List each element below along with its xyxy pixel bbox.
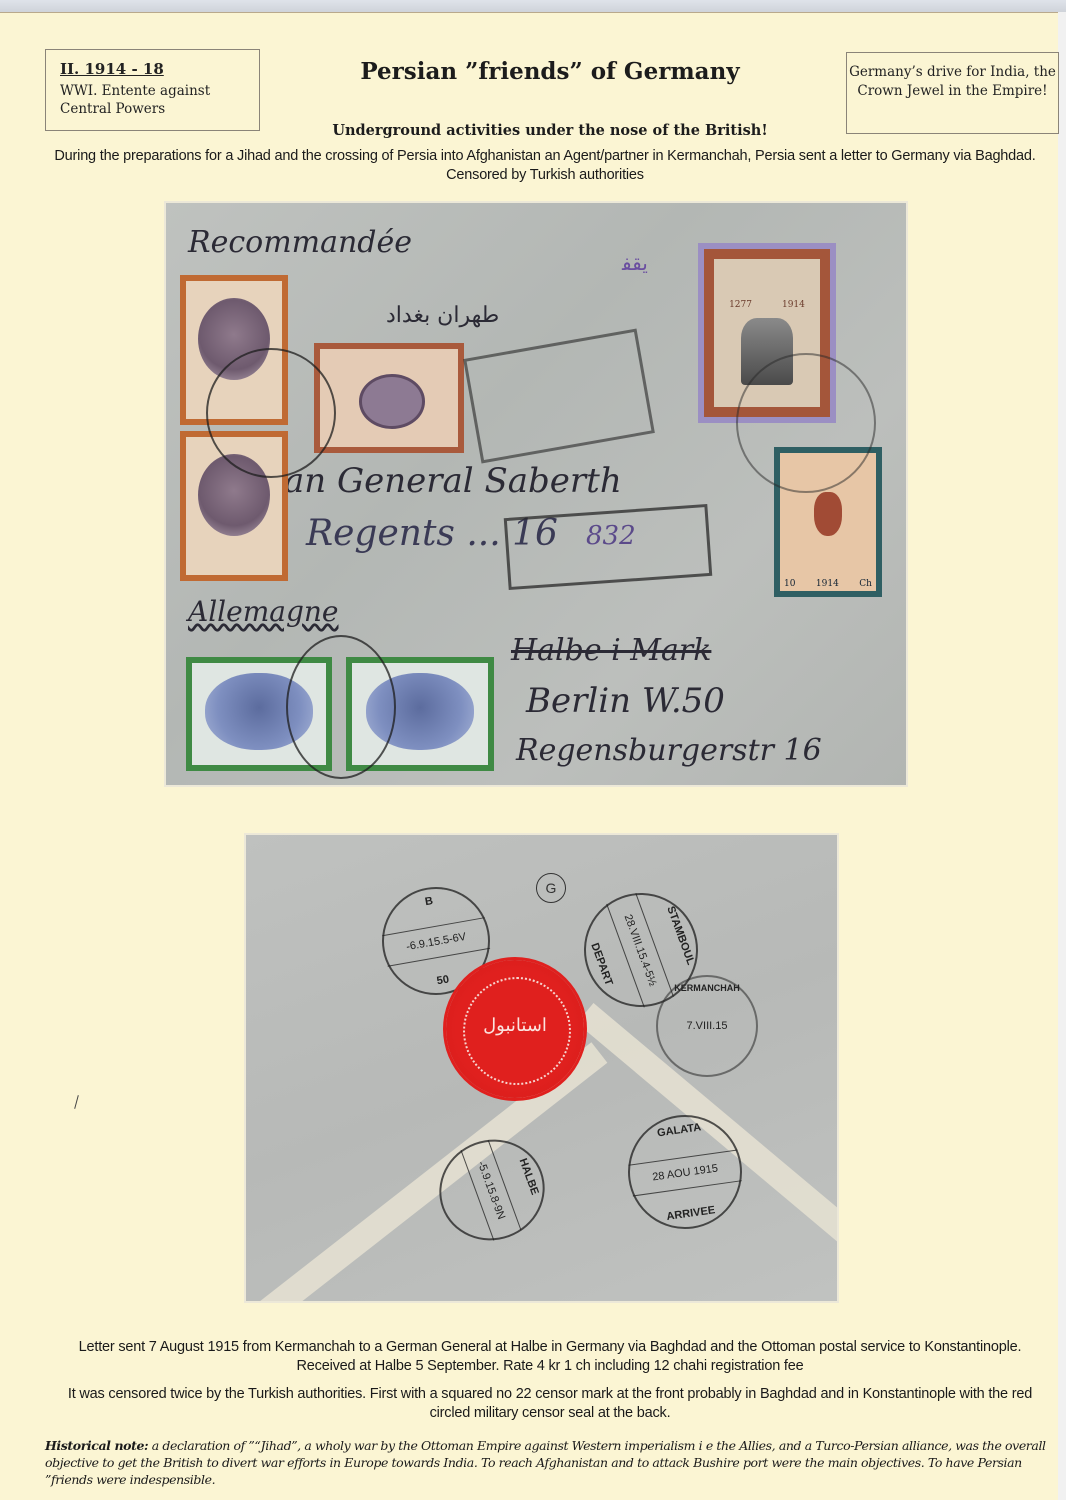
caption-route: Letter sent 7 August 1915 from Kermancha… — [60, 1338, 1040, 1376]
handwriting-addressee: an General Saberth — [284, 461, 622, 501]
handwriting-new-town: Berlin W.50 — [526, 681, 725, 721]
persian-script-address: ﻃﻬﺮان ﺑﻐﺪاد — [386, 303, 499, 328]
envelope-back: G B -6.9.15.5-6V 50 STAMBOUL 28.VIII.15.… — [246, 835, 837, 1301]
period-subtitle: WWI. Entente against Central Powers — [60, 82, 260, 118]
postmark-kermanchah-left — [206, 348, 336, 478]
handwriting-country: Allemagne — [188, 595, 338, 628]
page-subtitle: Underground activities under the nose of… — [260, 122, 840, 139]
historical-note-text: a declaration of ”“Jihad”, a wholy war b… — [45, 1438, 1046, 1487]
postmark-galata: GALATA 28 AOU 1915 ARRIVEE — [621, 1108, 750, 1237]
postmark-halbe: HALBE -5.9.15.8-9N — [425, 1125, 559, 1255]
theme-box: Germany’s drive for India, the Crown Jew… — [846, 52, 1059, 134]
postmark-kermanchah-right — [736, 353, 876, 493]
historical-note: Historical note: a declaration of ”“Jiha… — [45, 1437, 1050, 1488]
persian-script-violet: ﻳﻘﻔ — [622, 251, 648, 275]
envelope-front: Recommandée an General Saberth Regents .… — [166, 203, 906, 785]
g-mark: G — [536, 873, 566, 903]
censor-mark-22 — [463, 329, 655, 464]
handwriting-struck-town: Halbe i Mark — [511, 633, 711, 668]
scan-top-strip — [0, 0, 1066, 12]
registration-number: 832 — [586, 521, 636, 551]
intro-text: During the preparations for a Jihad and … — [45, 147, 1045, 185]
handwriting-new-street: Regensburgerstr 16 — [516, 733, 822, 768]
page-edge — [1058, 12, 1066, 1500]
stamp-6ch-brown — [314, 343, 464, 453]
page-title: Persian ”friends” of Germany — [280, 58, 820, 85]
postmark-kermanchah-back: KERMANCHAH 7.VIII.15 — [656, 975, 758, 1077]
handwriting-registered: Recommandée — [188, 225, 412, 260]
theme-text: Germany’s drive for India, the Crown Jew… — [847, 63, 1058, 100]
caption-censorship: It was censored twice by the Turkish aut… — [60, 1385, 1040, 1423]
period-box: II. 1914 - 18 WWI. Entente against Centr… — [45, 49, 260, 131]
historical-note-label: Historical note: — [45, 1438, 148, 1453]
red-censor-seal: استانبول — [446, 960, 584, 1098]
postmark-kermanchah-bottom — [286, 635, 396, 779]
period-label: II. 1914 - 18 — [60, 60, 164, 78]
